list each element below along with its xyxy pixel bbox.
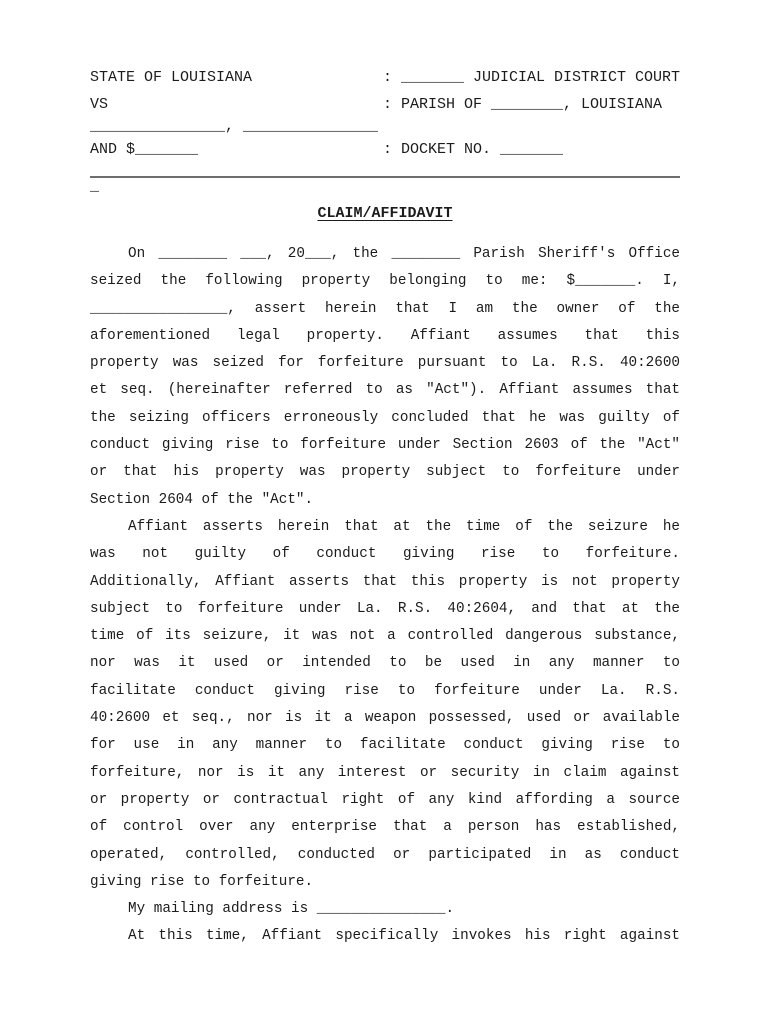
caption-vs: VS — [90, 91, 383, 118]
paragraph-seizure: On ________ ___, 20___, the ________ Par… — [90, 241, 680, 514]
caption-judicial-district: : _______ JUDICIAL DISTRICT COURT — [383, 64, 680, 91]
text-line: nor was it used or intended to be used i… — [90, 650, 680, 677]
text-line: property was seized for forfeiture pursu… — [90, 350, 680, 377]
text-line: Section 2604 of the "Act". — [90, 487, 680, 514]
caption-parish: : PARISH OF ________, LOUISIANA — [383, 91, 680, 118]
caption-row-versus: VS : PARISH OF ________, LOUISIANA — [90, 91, 680, 118]
document-body: On ________ ___, 20___, the ________ Par… — [90, 241, 680, 951]
text-line: or that his property was property subjec… — [90, 459, 680, 486]
text-line: At this time, Affiant specifically invok… — [90, 923, 680, 950]
text-line: My mailing address is _______________. — [90, 896, 680, 923]
text-line: Additionally, Affiant asserts that this … — [90, 569, 680, 596]
text-line: On ________ ___, 20___, the ________ Par… — [90, 241, 680, 268]
text-line: et seq. (hereinafter referred to as "Act… — [90, 377, 680, 404]
document-title: CLAIM/AFFIDAVIT — [90, 200, 680, 227]
text-line: the seizing officers erroneously conclud… — [90, 405, 680, 432]
text-line: giving rise to forfeiture. — [90, 869, 680, 896]
paragraph-rights-invocation: At this time, Affiant specifically invok… — [90, 923, 680, 950]
caption-state: STATE OF LOUISIANA — [90, 64, 383, 91]
text-line: was not guilty of conduct giving rise to… — [90, 541, 680, 568]
text-line: or property or contractual right of any … — [90, 787, 680, 814]
caption-row-parties-blank: _______________, _______________ — [90, 118, 680, 136]
text-line: of control over any enterprise that a pe… — [90, 814, 680, 841]
text-line: subject to forfeiture under La. R.S. 40:… — [90, 596, 680, 623]
text-line: operated, controlled, conducted or parti… — [90, 842, 680, 869]
caption-party-blanks: _______________, _______________ — [90, 118, 383, 136]
underscore-mark: _ — [90, 178, 680, 196]
text-line: seized the following property belonging … — [90, 268, 680, 295]
caption-row-court: STATE OF LOUISIANA : _______ JUDICIAL DI… — [90, 64, 680, 91]
text-line: aforementioned legal property. Affiant a… — [90, 323, 680, 350]
text-line: 40:2600 et seq., nor is it a weapon poss… — [90, 705, 680, 732]
paragraph-mailing-address: My mailing address is _______________. — [90, 896, 680, 923]
text-line: Affiant asserts herein that at the time … — [90, 514, 680, 541]
text-line: for use in any manner to facilitate cond… — [90, 732, 680, 759]
caption-row-docket: AND $_______ : DOCKET NO. _______ — [90, 136, 680, 163]
caption-row3-right — [383, 118, 680, 136]
text-line: facilitate conduct giving rise to forfei… — [90, 678, 680, 705]
text-line: conduct giving rise to forfeiture under … — [90, 432, 680, 459]
text-line: forfeiture, nor is it any interest or se… — [90, 760, 680, 787]
text-line: ________________, assert herein that I a… — [90, 296, 680, 323]
caption-amount: AND $_______ — [90, 136, 383, 163]
affidavit-page: STATE OF LOUISIANA : _______ JUDICIAL DI… — [0, 0, 770, 1024]
paragraph-assertion: Affiant asserts herein that at the time … — [90, 514, 680, 896]
text-line: time of its seizure, it was not a contro… — [90, 623, 680, 650]
court-caption: STATE OF LOUISIANA : _______ JUDICIAL DI… — [90, 64, 680, 163]
caption-docket-number: : DOCKET NO. _______ — [383, 136, 680, 163]
